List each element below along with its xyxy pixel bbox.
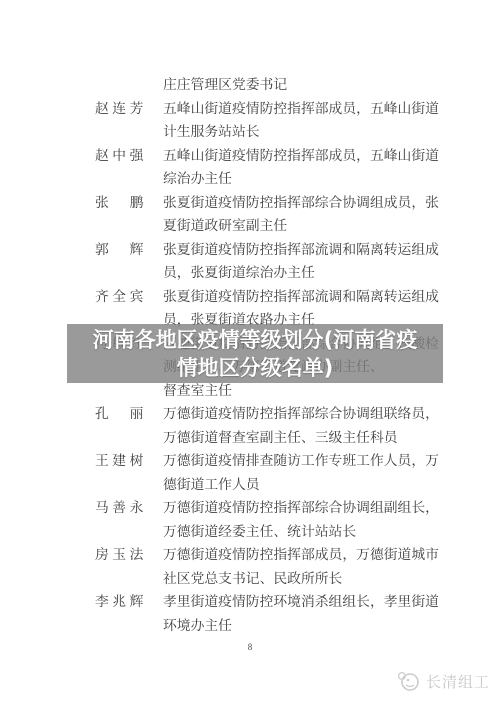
person-role: 孝里街道疫情防控环境消杀组组长，孝里街道环境办主任 [163, 590, 444, 637]
person-name: 马善永 [95, 496, 163, 543]
role-line: 万德街道经委主任、统计站站长 [163, 520, 444, 544]
person-name: 张 鹏 [95, 191, 163, 238]
person-role: 万德街道疫情防控指挥部成员，万德街道城市社区党总支书记、民政所所长 [163, 543, 444, 590]
role-line: 五峰山街道疫情防控指挥部成员，五峰山街道 [163, 97, 444, 121]
table-row: 马善永万德街道疫情防控指挥部综合协调组副组长，万德街道经委主任、统计站站长 [95, 496, 445, 543]
role-line: 张夏街道疫情防控指挥部流调和隔离转运组成 [163, 285, 444, 309]
table-row: 李兆辉孝里街道疫情防控环境消杀组组长，孝里街道环境办主任 [95, 590, 445, 637]
role-line: 万德街道疫情防控指挥部成员，万德街道城市 [163, 543, 444, 567]
role-line: 万德街道疫情排查随访工作专班工作人员，万 [163, 449, 444, 473]
person-name: 赵中强 [95, 144, 163, 191]
person-role: 张夏街道疫情防控指挥部综合协调组成员，张夏街道政研室副主任 [163, 191, 444, 238]
person-role: 万德街道疫情排查随访工作专班工作人员，万德街道工作人员 [163, 449, 444, 496]
table-row: 孔 丽万德街道疫情防控指挥部综合协调组联络员，万德街道督查室副主任、三级主任科员 [95, 402, 445, 449]
person-name: 房玉法 [95, 543, 163, 590]
watermark: 长清组工 [396, 670, 490, 692]
person-name: 孔 丽 [95, 402, 163, 449]
table-row: 房玉法万德街道疫情防控指挥部成员，万德街道城市社区党总支书记、民政所所长 [95, 543, 445, 590]
table-row: 张 鹏张夏街道疫情防控指挥部综合协调组成员，张夏街道政研室副主任 [95, 191, 445, 238]
role-line: 社区党总支书记、民政所所长 [163, 567, 444, 591]
person-name: 李兆辉 [95, 590, 163, 637]
person-name: 赵连芳 [95, 97, 163, 144]
role-line: 张夏街道疫情防控指挥部流调和隔离转运组成 [163, 238, 444, 262]
role-line: 夏街道政研室副主任 [163, 214, 444, 238]
person-role: 张夏街道疫情防控指挥部流调和隔离转运组成员，张夏街道综治办主任 [163, 238, 444, 285]
person-name: 郭 辉 [95, 238, 163, 285]
role-line: 万德街道督查室副主任、三级主任科员 [163, 426, 444, 450]
person-role: 万德街道疫情防控指挥部综合协调组副组长，万德街道经委主任、统计站站长 [163, 496, 444, 543]
table-row: 赵连芳五峰山街道疫情防控指挥部成员，五峰山街道计生服务站站长 [95, 97, 445, 144]
table-row: 庄庄管理区党委书记 [95, 73, 445, 97]
person-role: 庄庄管理区党委书记 [163, 73, 444, 97]
person-name [95, 73, 163, 97]
role-line: 万德街道疫情防控指挥部综合协调组联络员， [163, 402, 444, 426]
role-line: 万德街道疫情防控指挥部综合协调组副组长， [163, 496, 444, 520]
role-line: 五峰山街道疫情防控指挥部成员，五峰山街道 [163, 144, 444, 168]
person-name: 王建树 [95, 449, 163, 496]
page-number: 8 [0, 642, 500, 652]
watermark-logo-icon [396, 670, 422, 692]
role-line: 张夏街道疫情防控指挥部综合协调组成员，张 [163, 191, 444, 215]
person-role: 五峰山街道疫情防控指挥部成员，五峰山街道计生服务站站长 [163, 97, 444, 144]
role-line: 庄庄管理区党委书记 [163, 73, 444, 97]
role-line: 计生服务站站长 [163, 120, 444, 144]
role-line: 员，张夏街道综治办主任 [163, 261, 444, 285]
overlay-title-line1: 河南各地区疫情等级划分(河南省疫 [67, 326, 443, 354]
table-row: 王建树万德街道疫情排查随访工作专班工作人员，万德街道工作人员 [95, 449, 445, 496]
role-line: 德街道工作人员 [163, 473, 444, 497]
table-row: 赵中强五峰山街道疫情防控指挥部成员，五峰山街道综治办主任 [95, 144, 445, 191]
watermark-label: 长清组工 [426, 671, 490, 692]
role-line: 环境办主任 [163, 614, 444, 638]
overlay-title: 河南各地区疫情等级划分(河南省疫 情地区分级名单) [67, 324, 443, 383]
overlay-title-line2: 情地区分级名单) [67, 354, 443, 382]
role-line: 综治办主任 [163, 167, 444, 191]
table-row: 郭 辉张夏街道疫情防控指挥部流调和隔离转运组成员，张夏街道综治办主任 [95, 238, 445, 285]
person-role: 五峰山街道疫情防控指挥部成员，五峰山街道综治办主任 [163, 144, 444, 191]
role-line: 孝里街道疫情防控环境消杀组组长，孝里街道 [163, 590, 444, 614]
person-role: 万德街道疫情防控指挥部综合协调组联络员，万德街道督查室副主任、三级主任科员 [163, 402, 444, 449]
